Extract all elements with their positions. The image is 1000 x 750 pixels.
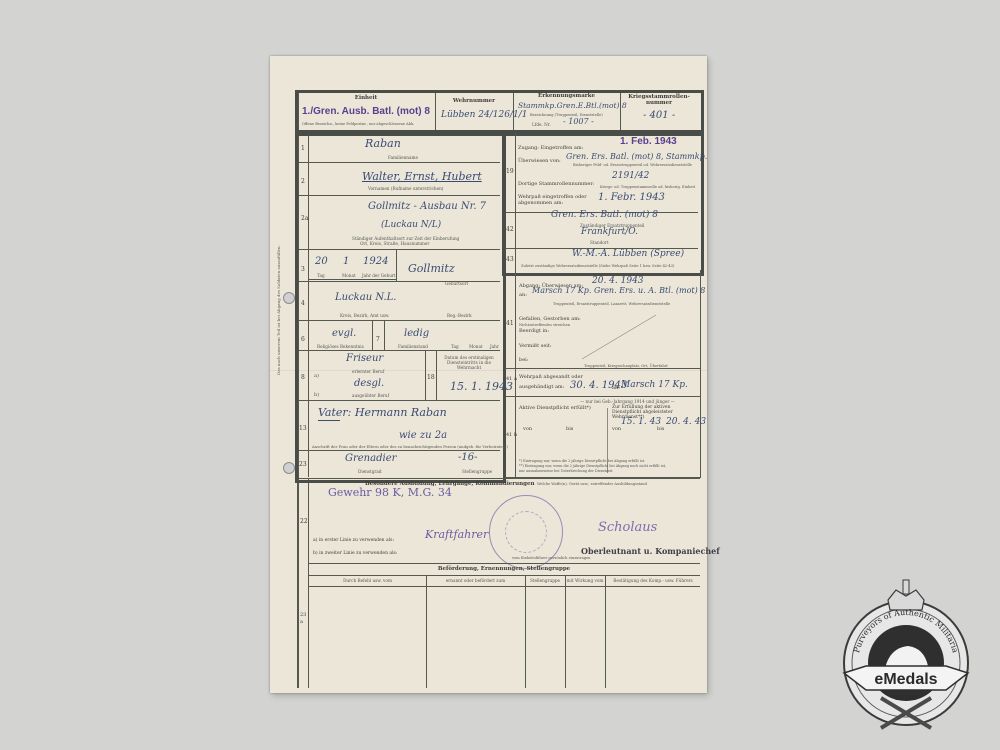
zugang-label: Zugang: Eingetroffen am: [518,145,583,151]
service-from: 15. 1. 43 [621,417,661,427]
kriegsstammrolle-value: - 401 - [643,110,675,121]
col-header: mit Wirkung vom [566,578,604,583]
col-header: Durch Befehl usw. vom [310,578,425,583]
transferred-from: Gren. Ers. Batl. (mot) 8, Stammkp. [566,152,707,161]
lfd-value: - 1007 - [563,117,594,126]
garrison: Frankfurt/O. [581,227,638,237]
arrival-date-stamp: 1. Feb. 1943 [620,136,677,147]
transferred-to: Marsch 17 Kp. Gren. Ers. u. A. Btl. (mot… [532,286,705,295]
replacement-unit: Gren. Ers. Batl. (mot) 8 [551,210,658,220]
next-of-kin-address: wie zu 2a [399,430,447,441]
col-header: ernannt oder befördert zum [427,578,524,583]
promotions-title: Beförderung, Ernennungen, Stellengruppe [310,566,698,572]
given-names: Walter, Ernst, Hubert [362,170,482,183]
service-to: 20. 4. 43 [666,417,706,427]
strike-line [580,312,660,362]
wehrnummer-value: Lübben 24/126/1/1 [441,110,527,120]
birth-month: 1 [343,256,349,267]
wehrpass-sent-to: Marsch 17 Kp. [621,380,688,390]
weapons-training: Gewehr 98 K, M.G. 34 [328,486,452,499]
marital-status: ledig [404,328,429,339]
learned-profession: Friseur [346,353,383,364]
side-note: Das nach unserem Teil ist bei Abgang des… [276,200,288,375]
residence: Gollmitz - Ausbau Nr. 7 [368,201,486,212]
svg-text:eMedals: eMedals [874,671,937,688]
svg-text:Est. 1993: Est. 1993 [895,696,916,702]
pay-group: -16- [458,452,477,463]
district: Luckau N.L. [335,292,396,303]
birth-day: 20 [315,256,328,267]
emedals-logo: eMedals Est. 1993 Purveyors of Authentic… [826,578,986,738]
service-entry-date: 15. 1. 1943 [450,380,513,393]
religion: evgl. [332,328,356,339]
unit-label: Einheit [300,95,432,101]
erkennungsmarke-value: Stammkp.Gren.E.Btl.(mot) 8 [518,101,627,110]
residence-district: (Luckau N/L) [381,220,441,230]
practiced-profession: desgl. [354,378,384,389]
signer-title: Oberleutnant u. Kompaniechef [581,546,720,556]
birth-place: Gollmitz [408,262,455,275]
next-of-kin: Vater: Hermann Raban [318,406,447,419]
unit-stamp: 1./Gren. Ausb. Batl. (mot) 8 [302,106,430,117]
family-name: Raban [365,137,401,150]
punch-hole-bottom [283,462,295,474]
signature: Scholaus [598,520,657,535]
wehrpass-date: 1. Febr. 1943 [598,192,665,203]
recruiting-office: W.-M.-A. Lübben (Spree) [572,249,684,259]
birth-year: 1924 [363,256,388,267]
previous-roll-number: 2191/42 [612,171,649,181]
rank: Grenadier [345,453,396,464]
departure-date: 20. 4. 1943 [592,276,644,286]
col-header: Stellengruppe [526,578,564,583]
col-header: Bestätigung des Komp.- usw. Führers [606,578,700,583]
primary-use: Kraftfahrer [425,528,488,541]
num-col-rule [308,478,309,688]
